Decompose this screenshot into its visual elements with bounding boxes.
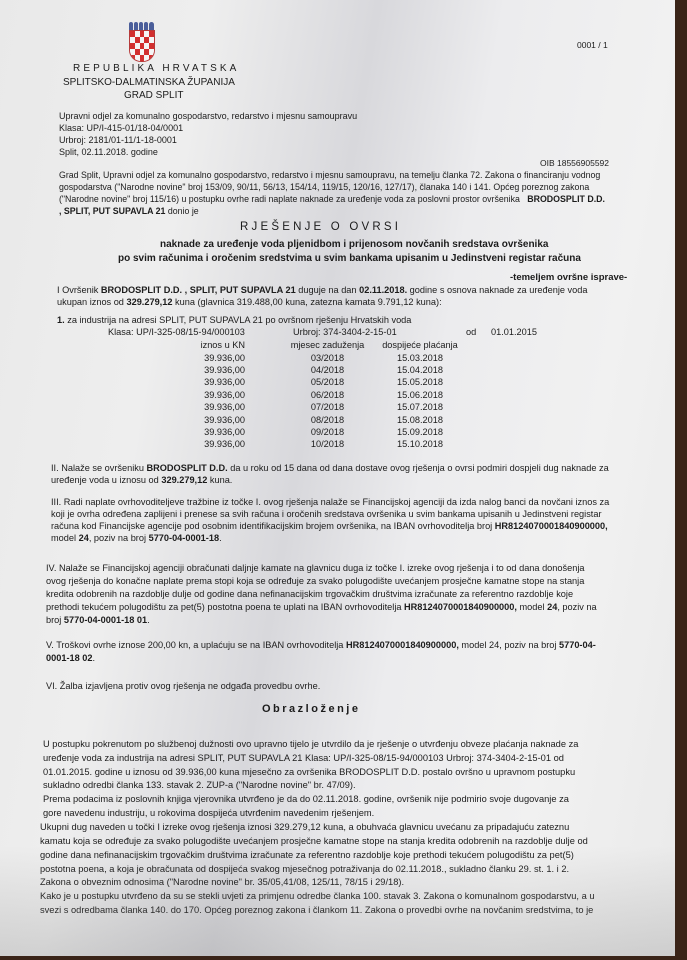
table-cell: 39.936,00 xyxy=(150,351,275,363)
reasoning-line: postotna poena, a koja je obračunata od … xyxy=(40,864,569,875)
letterhead-city: GRAD SPLIT xyxy=(124,90,183,101)
reasoning-line: 01.01.2015. godine u iznosu od 39.936,00… xyxy=(43,767,575,778)
table-cell: 07/2018 xyxy=(275,401,380,413)
document-page: 0001 / 1 REPUBLIKA HRVATSKA SPLITSKO-DAL… xyxy=(0,0,675,956)
table-row: 39.936,0004/201815.04.2018 xyxy=(150,364,460,376)
croatian-coat-of-arms-icon xyxy=(128,22,154,62)
decision-subtitle-1: naknade za uređenje voda pljenidbom i pr… xyxy=(160,239,548,250)
section-iii-line-2: koji je ovrha određena zaplijeni i prene… xyxy=(51,509,602,520)
reasoning-line: Kako je u postupku utvrđeno da su se ste… xyxy=(40,891,595,902)
table-cell: 15.08.2018 xyxy=(380,413,460,425)
column-header: dospijeće plaćanja xyxy=(380,339,460,351)
table-cell: 15.10.2018 xyxy=(380,438,460,450)
section-iv-line-3: kredita odobrenih na razdoblje dulje od … xyxy=(46,589,573,600)
reasoning-line: Prema podacima iz poslovnih knjiga vjero… xyxy=(43,794,569,805)
table-cell: 39.936,00 xyxy=(150,426,275,438)
item-urbroj: Urbroj: 374-3404-2-15-01 xyxy=(293,327,397,338)
reasoning-line: Zakona o obveznim odnosima ("Narodne nov… xyxy=(40,877,404,888)
debtor-name: BRODOSPLIT D.D. xyxy=(527,194,605,204)
table-row: 39.936,0005/201815.05.2018 xyxy=(150,376,460,388)
section-iv-line-4: prethodi tekućem polugodištu za pet(5) p… xyxy=(46,602,597,613)
reasoning-line: svezi s odredbama članka 140. do 170. Op… xyxy=(40,905,593,916)
table-cell: 03/2018 xyxy=(275,351,380,363)
table-cell: 15.07.2018 xyxy=(380,401,460,413)
section-v-line-2: 0001-18 02. xyxy=(46,653,95,664)
table-cell: 06/2018 xyxy=(275,389,380,401)
table-cell: 15.06.2018 xyxy=(380,389,460,401)
office-department: Upravni odjel za komunalno gospodarstvo,… xyxy=(59,111,357,121)
table-cell: 39.936,00 xyxy=(150,376,275,388)
preamble-line-2: gospodarstva ("Narodne novine" broj 153/… xyxy=(59,182,589,192)
section-i-line-2: ukupan iznos od 329.279,12 kuna (glavnic… xyxy=(57,297,442,308)
table-cell: 39.936,00 xyxy=(150,401,275,413)
letterhead-county: SPLITSKO-DALMATINSKA ŽUPANIJA xyxy=(63,77,235,88)
section-ii-line-1: II. Nalaže se ovršeniku BRODOSPLIT D.D. … xyxy=(51,463,609,474)
table-cell: 04/2018 xyxy=(275,364,380,376)
reasoning-line: kamatu koja se određuje za svako polugod… xyxy=(40,836,588,847)
table-cell: 10/2018 xyxy=(275,438,380,450)
reasoning-line: godine dana nefinanacijskim trgovačkim d… xyxy=(40,850,574,861)
section-iii-line-1: III. Radi naplate ovrhovoditeljeve tražb… xyxy=(51,497,609,508)
total-amount: 329.279,12 xyxy=(126,297,172,307)
table-cell: 39.936,00 xyxy=(150,438,275,450)
item-od-date: 01.01.2015 xyxy=(491,327,537,338)
table-row: 39.936,0009/201815.09.2018 xyxy=(150,426,460,438)
table-cell: 09/2018 xyxy=(275,426,380,438)
table-row: 39.936,0008/201815.08.2018 xyxy=(150,413,460,425)
decision-title: RJEŠENJE O OVRSI xyxy=(240,221,401,233)
office-date: Split, 02.11.2018. godine xyxy=(59,147,158,157)
reasoning-line: sukladno odredbi članka 133. stavak 2. Z… xyxy=(43,780,356,791)
item-od-label: od xyxy=(466,327,476,338)
table-cell: 08/2018 xyxy=(275,413,380,425)
table-row: 39.936,0010/201815.10.2018 xyxy=(150,438,460,450)
decision-basis: -temeljem ovršne isprave- xyxy=(510,272,627,283)
table-row: 39.936,0007/201815.07.2018 xyxy=(150,401,460,413)
iban: HR8124070001840900000, xyxy=(495,521,608,531)
section-iii-line-4: model 24, poziv na broj 5770-04-0001-18. xyxy=(51,533,222,544)
table-cell: 15.05.2018 xyxy=(380,376,460,388)
section-v-line-1: V. Troškovi ovrhe iznose 200,00 kn, a up… xyxy=(46,640,596,651)
table-cell: 15.03.2018 xyxy=(380,351,460,363)
reasoning-line: U postupku pokrenutom po službenoj dužno… xyxy=(43,739,578,750)
table-cell: 39.936,00 xyxy=(150,389,275,401)
column-header: mjesec zaduženja xyxy=(275,339,380,351)
office-urbroj: Urbroj: 2181/01-11/1-18-0001 xyxy=(59,135,177,145)
table-row: 39.936,0006/201815.06.2018 xyxy=(150,389,460,401)
table-row: 39.936,0003/201815.03.2018 xyxy=(150,351,460,363)
item-klasa: Klasa: UP/I-325-08/15-94/000103 xyxy=(108,327,245,338)
office-oib: OIB 18556905592 xyxy=(540,158,609,168)
section-iii-line-3: računa kod Financijske agencije pod osob… xyxy=(51,521,608,532)
section-i-line-1: I Ovršenik BRODOSPLIT D.D. , SPLIT, PUT … xyxy=(57,285,587,296)
reasoning-line: Ukupni dug naveden u točki I izreke ovog… xyxy=(40,822,569,833)
reasoning-line: gore navedenu industriju, u rokovima dos… xyxy=(43,808,374,819)
decision-subtitle-2: po svim računima i oročenim sredstvima u… xyxy=(118,253,581,264)
table-cell: 39.936,00 xyxy=(150,413,275,425)
section-vi: VI. Žalba izjavljena protiv ovog rješenj… xyxy=(46,681,320,692)
table-cell: 15.04.2018 xyxy=(380,364,460,376)
reasoning-title: Obrazloženje xyxy=(262,703,360,715)
office-klasa: Klasa: UP/I-415-01/18-04/0001 xyxy=(59,123,183,133)
table-cell: 05/2018 xyxy=(275,376,380,388)
preamble-line-3: ("Narodne novine" broj 115/16) u postupk… xyxy=(59,194,605,204)
table-cell: 15.09.2018 xyxy=(380,426,460,438)
section-i-item-1: 1. za industrija na adresi SPLIT, PUT SU… xyxy=(57,315,411,326)
section-ii-line-2: uređenje voda u iznosu od 329.279,12 kun… xyxy=(51,475,232,486)
section-iv-line-2: ovog rješenja do konačne naplate prema s… xyxy=(46,576,584,587)
column-header: iznos u KN xyxy=(150,339,275,351)
monthly-charges-table: iznos u KN mjesec zaduženja dospijeće pl… xyxy=(150,339,460,451)
letterhead-country: REPUBLIKA HRVATSKA xyxy=(73,63,239,74)
preamble-line-1: Grad Split, Upravni odjel za komunalno g… xyxy=(59,170,600,180)
section-iv-line-5: broj 5770-04-0001-18 01. xyxy=(46,615,150,626)
reasoning-line: uređenje voda za industrija na adresi SP… xyxy=(43,753,564,764)
table-cell: 39.936,00 xyxy=(150,364,275,376)
preamble-line-4: , SPLIT, PUT SUPAVLA 21 donio je xyxy=(59,206,199,216)
page-number: 0001 / 1 xyxy=(577,40,608,50)
section-iv-line-1: IV. Nalaže se Financijskoj agenciji obra… xyxy=(46,563,584,574)
